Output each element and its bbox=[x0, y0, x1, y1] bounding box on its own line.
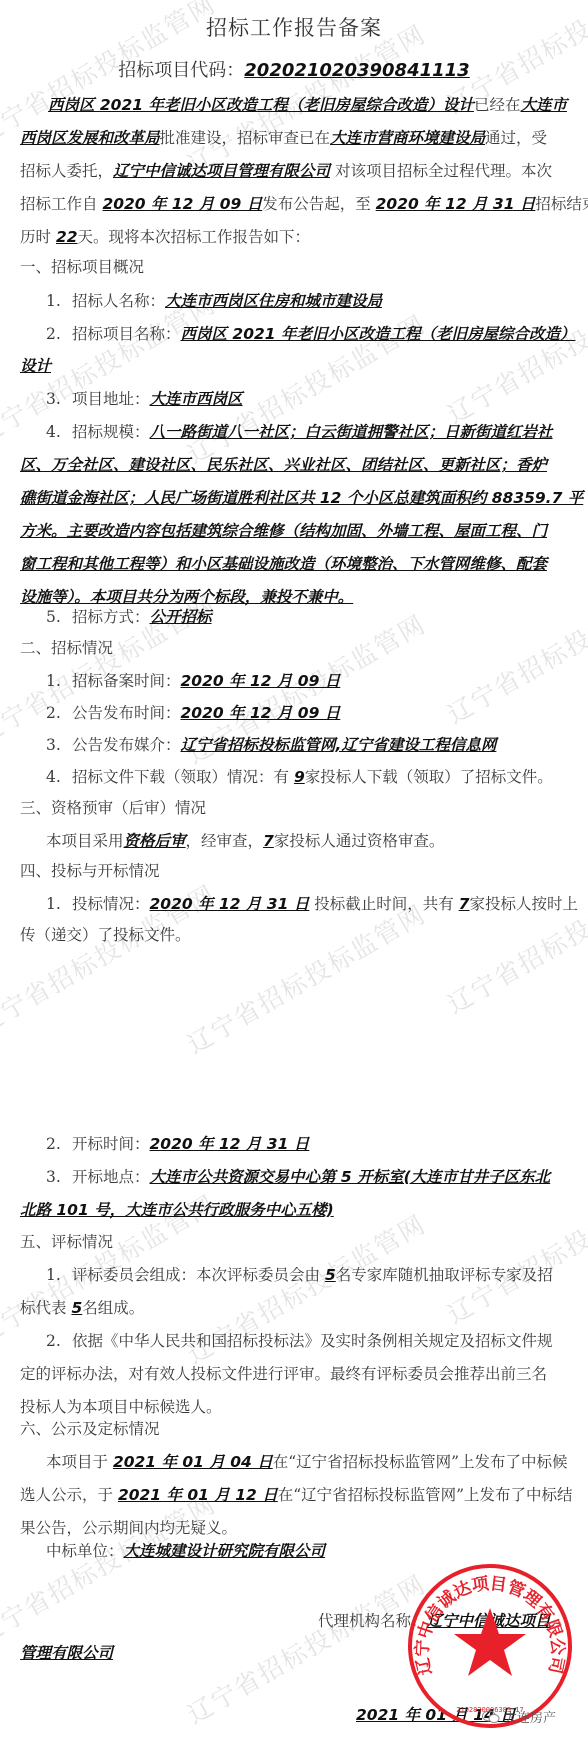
item-number: 3. bbox=[46, 388, 72, 410]
s6-line-2: 选人公示，于 2021 年 01 月 12 日在“辽宁省招标投标监管网”上发布了… bbox=[20, 1484, 568, 1506]
text: 在“辽宁省招标投标监管网”上发布了中标结 bbox=[278, 1486, 573, 1504]
s1-item-4-line: 区、万全社区、建设社区、民乐社区、兴业社区、团结社区、更新社区；香炉 bbox=[20, 454, 568, 476]
announce-date: 2020 年 12 月 09 日 bbox=[181, 704, 341, 722]
text: 招标工作自 bbox=[20, 195, 102, 213]
section-4-heading: 四、投标与开标情况 bbox=[20, 860, 160, 882]
project-code-line: 招标项目代码：202021020390841113 bbox=[0, 56, 588, 82]
item-number: 1. bbox=[46, 893, 72, 915]
text: 家投标人按时上 bbox=[469, 895, 578, 913]
text: 在“辽宁省招标投标监管网”上发布了中标候 bbox=[273, 1453, 568, 1471]
duration-days: 22 bbox=[56, 228, 78, 246]
review-authority: 大连市营商环境建设局 bbox=[330, 129, 485, 147]
s4-item-1-cont: 传（递交）了投标文件。 bbox=[20, 924, 568, 946]
text: 历时 bbox=[20, 228, 56, 246]
scope-text: 方米。主要改造内容包括建筑综合维修（结构加固、外墙工程、屋面工程、门 bbox=[20, 522, 547, 540]
end-date: 2020 年 12 月 31 日 bbox=[376, 195, 536, 213]
tenderer-name: 大连市西岗区住房和城市建设局 bbox=[165, 292, 382, 310]
item-number: 2. bbox=[46, 1133, 72, 1155]
item-number: 2. bbox=[46, 323, 72, 345]
intro-line-4: 招标工作自 2020 年 12 月 09 日发布公告起，至 2020 年 12 … bbox=[20, 193, 568, 215]
bidder-count: 7 bbox=[459, 895, 470, 913]
text: 批准建设，招标审查已在 bbox=[160, 129, 331, 147]
text: 招标人委托， bbox=[20, 162, 113, 180]
scope-text: 窗工程和其他工程等）和小区基础设施改造（环境整治、下水管网维修、配套 bbox=[20, 555, 547, 573]
section-6-heading: 六、公示及定标情况 bbox=[20, 1418, 160, 1440]
s1-item-4-line: 窗工程和其他工程等）和小区基础设施改造（环境整治、下水管网维修、配套 bbox=[20, 553, 568, 575]
item-number: 5. bbox=[46, 606, 72, 628]
s1-item-4: 4.招标规模：八一路街道八一社区；白云街道拥警社区；日新街道红岩社 bbox=[46, 421, 568, 443]
intro-line-3: 招标人委托，辽宁中信诚达项目管理有限公司 对该项目招标全过程代理。本次 bbox=[20, 160, 568, 182]
section-2-heading: 二、招标情况 bbox=[20, 637, 113, 659]
item-label: 招标方式： bbox=[72, 608, 150, 626]
s5-item-2-l2: 定的评标办法，对有效人投标文件进行评审。最终有评标委员会推荐出前三名 bbox=[20, 1363, 568, 1385]
s1-item-4-line: 方米。主要改造内容包括建筑综合维修（结构加固、外墙工程、屋面工程、门 bbox=[20, 520, 568, 542]
text: 评标委员会组成：本次评标委员会由 bbox=[72, 1266, 325, 1284]
s1-item-1: 1.招标人名称：大连市西岗区住房和城市建设局 bbox=[46, 290, 568, 312]
item-number: 2. bbox=[46, 702, 72, 724]
s2-item-3: 3.公告发布媒介：辽宁省招标投标监管网,辽宁省建设工程信息网 bbox=[46, 734, 568, 756]
filing-date: 2020 年 12 月 09 日 bbox=[181, 672, 341, 690]
text: 对该项目招标全过程代理。本次 bbox=[330, 162, 552, 180]
s6-line-1: 本项目于 2021 年 01 月 04 日在“辽宁省招标投标监管网”上发布了中标… bbox=[46, 1451, 568, 1473]
project-address: 大连市西岗区 bbox=[150, 390, 243, 408]
s1-item-3: 3.项目地址：大连市西岗区 bbox=[46, 388, 568, 410]
item-number: 1. bbox=[46, 290, 72, 312]
s2-item-2: 2.公告发布时间：2020 年 12 月 09 日 bbox=[46, 702, 568, 724]
download-count: 9 bbox=[294, 768, 305, 786]
project-code-label: 招标项目代码： bbox=[118, 60, 244, 81]
text: 通过，受 bbox=[485, 129, 547, 147]
text: 招标结束止， bbox=[535, 195, 588, 213]
start-date: 2020 年 12 月 09 日 bbox=[102, 195, 262, 213]
document-title: 招标工作报告备案 bbox=[0, 12, 588, 42]
project-title: 西岗区 2021 年老旧小区改造工程（老旧房屋综合改造） bbox=[181, 325, 576, 343]
text: 本项目采用 bbox=[46, 832, 124, 850]
scope-text: 礁街道金海社区；人民广场街道胜利社区共 12 个小区总建筑面积约 88359.7… bbox=[20, 489, 583, 507]
item-number: 4. bbox=[46, 766, 72, 788]
item-label: 公告发布时间： bbox=[72, 704, 181, 722]
city: 大连市 bbox=[520, 96, 567, 114]
s1-item-5: 5.招标方式：公开招标 bbox=[46, 606, 568, 628]
s2-item-1: 1.招标备案时间：2020 年 12 月 09 日 bbox=[46, 670, 568, 692]
wechat-source-badge: 大连房产 bbox=[482, 1707, 556, 1726]
s1-item-2: 2.招标项目名称：西岗区 2021 年老旧小区改造工程（老旧房屋综合改造） bbox=[46, 323, 568, 345]
winner-line: 中标单位：大连城建设计研究院有限公司 bbox=[46, 1540, 568, 1562]
text: 选人公示，于 bbox=[20, 1486, 118, 1504]
section-5-heading: 五、评标情况 bbox=[20, 1231, 113, 1253]
project-name: 西岗区 2021 年老旧小区改造工程（老旧房屋综合改造）设计 bbox=[48, 96, 474, 114]
s5-item-1-cont: 标代表 5名组成。 bbox=[20, 1297, 568, 1319]
item-label: 公告发布媒介： bbox=[72, 736, 181, 754]
scope-text: 八一路街道八一社区；白云街道拥警社区；日新街道红岩社 bbox=[150, 423, 553, 441]
wechat-account-name: 大连房产 bbox=[504, 1707, 556, 1726]
s1-item-2-cont: 设计 bbox=[20, 355, 568, 377]
item-label: 开标地点： bbox=[72, 1168, 150, 1186]
s6-line-3: 果公告，公示期间内均无疑义。 bbox=[20, 1517, 568, 1539]
opening-location-cont: 北路 101 号，大连市公共行政服务中心五楼) bbox=[20, 1201, 334, 1219]
wechat-icon bbox=[482, 1710, 500, 1724]
item-label: 招标项目名称： bbox=[72, 325, 181, 343]
text: 标代表 bbox=[20, 1299, 71, 1317]
text: 本项目于 bbox=[46, 1453, 113, 1471]
text: ，经审查， bbox=[186, 832, 264, 850]
item-label: 投标情况： bbox=[72, 895, 150, 913]
text: 名专家库随机抽取评标专家及招 bbox=[336, 1266, 553, 1284]
item-number: 3. bbox=[46, 1166, 72, 1188]
qualified-count: 7 bbox=[263, 832, 274, 850]
item-number: 1. bbox=[46, 1264, 72, 1286]
watermark-text: 辽宁省招标投标监管网 bbox=[0, 1485, 222, 1651]
expert-count: 5 bbox=[325, 1266, 336, 1284]
opening-location: 大连市公共资源交易中心第 5 开标室(大连市甘井子区东北 bbox=[150, 1168, 551, 1186]
text: 发布公告起，至 bbox=[262, 195, 375, 213]
s4-item-1: 1.投标情况：2020 年 12 月 31 日 投标截止时间，共有 7家投标人按… bbox=[46, 893, 568, 915]
s5-item-2: 2.依据《中华人民共和国招标投标法》及实时条例相关规定及招标文件规 bbox=[46, 1330, 568, 1352]
item-label: 招标人名称： bbox=[72, 292, 165, 310]
item-label: 招标规模： bbox=[72, 423, 150, 441]
intro-line-2: 西岗区发展和改革局批准建设，招标审查已在大连市营商环境建设局通过，受 bbox=[20, 127, 568, 149]
item-number: 2. bbox=[46, 1330, 72, 1352]
project-code-value: 202021020390841113 bbox=[244, 60, 469, 81]
approval-authority: 西岗区发展和改革局 bbox=[20, 129, 160, 147]
item-label: 项目地址： bbox=[72, 390, 150, 408]
candidate-notice-date: 2021 年 01 月 04 日 bbox=[113, 1453, 273, 1471]
item-number: 3. bbox=[46, 734, 72, 756]
project-title-cont: 设计 bbox=[20, 357, 51, 375]
agency-name-cont: 管理有限公司 bbox=[20, 1644, 113, 1662]
agency-name: 辽宁中信诚达项目管理有限公司 bbox=[113, 162, 330, 180]
opening-date: 2020 年 12 月 31 日 bbox=[150, 1135, 310, 1153]
text: 依据《中华人民共和国招标投标法》及实时条例相关规定及招标文件规 bbox=[72, 1332, 553, 1350]
rep-count: 5 bbox=[71, 1299, 82, 1317]
item-number: 1. bbox=[46, 670, 72, 692]
intro-line-1: 西岗区 2021 年老旧小区改造工程（老旧房屋综合改造）设计已经在大连市 bbox=[48, 94, 568, 116]
result-notice-date: 2021 年 01 月 12 日 bbox=[118, 1486, 278, 1504]
bid-deadline: 2020 年 12 月 31 日 bbox=[150, 895, 310, 913]
section-1-heading: 一、招标项目概况 bbox=[20, 256, 144, 278]
s4-item-2: 2.开标时间：2020 年 12 月 31 日 bbox=[46, 1133, 568, 1155]
s1-item-4-line: 礁街道金海社区；人民广场街道胜利社区共 12 个小区总建筑面积约 88359.7… bbox=[20, 487, 568, 509]
text: 家投标人通过资格审查。 bbox=[274, 832, 445, 850]
s1-item-4-line: 设施等）。本项目共分为两个标段，兼投不兼中。 bbox=[20, 586, 568, 608]
text: 已经在 bbox=[474, 96, 521, 114]
winner-name: 大连城建设计研究院有限公司 bbox=[124, 1542, 326, 1560]
item-label: 开标时间： bbox=[72, 1135, 150, 1153]
tender-method: 公开招标 bbox=[150, 608, 212, 626]
text: 投标截止时间，共有 bbox=[309, 895, 458, 913]
review-type: 资格后审 bbox=[124, 832, 186, 850]
intro-line-5: 历时 22天。现将本次招标工作报告如下： bbox=[20, 226, 568, 248]
s5-item-1: 1.评标委员会组成：本次评标委员会由 5名专家库随机抽取评标专家及招 bbox=[46, 1264, 568, 1286]
s4-item-3-cont: 北路 101 号，大连市公共行政服务中心五楼) bbox=[20, 1199, 568, 1221]
item-number: 4. bbox=[46, 421, 72, 443]
item-label: 招标文件下载（领取）情况：有 bbox=[72, 768, 294, 786]
s3-text: 本项目采用资格后审，经审查，7家投标人通过资格审查。 bbox=[46, 830, 568, 852]
text: 家投标人下载（领取）了招标文件。 bbox=[305, 768, 553, 786]
announce-media: 辽宁省招标投标监管网,辽宁省建设工程信息网 bbox=[181, 736, 497, 754]
item-label: 招标备案时间： bbox=[72, 672, 181, 690]
watermark-text: 辽宁省招标投标监管网 bbox=[180, 895, 432, 1061]
scope-text: 区、万全社区、建设社区、民乐社区、兴业社区、团结社区、更新社区；香炉 bbox=[20, 456, 547, 474]
s2-item-4: 4.招标文件下载（领取）情况：有 9家投标人下载（领取）了招标文件。 bbox=[46, 766, 568, 788]
s5-item-2-l3: 投标人为本项目中标候选人。 bbox=[20, 1396, 568, 1418]
text: 名组成。 bbox=[82, 1299, 144, 1317]
s4-item-3: 3.开标地点：大连市公共资源交易中心第 5 开标室(大连市甘井子区东北 bbox=[46, 1166, 568, 1188]
winner-label: 中标单位： bbox=[46, 1542, 124, 1560]
text: 天。现将本次招标工作报告如下： bbox=[78, 228, 311, 246]
section-3-heading: 三、资格预审（后审）情况 bbox=[20, 797, 206, 819]
scope-text: 设施等）。本项目共分为两个标段，兼投不兼中。 bbox=[20, 588, 353, 606]
